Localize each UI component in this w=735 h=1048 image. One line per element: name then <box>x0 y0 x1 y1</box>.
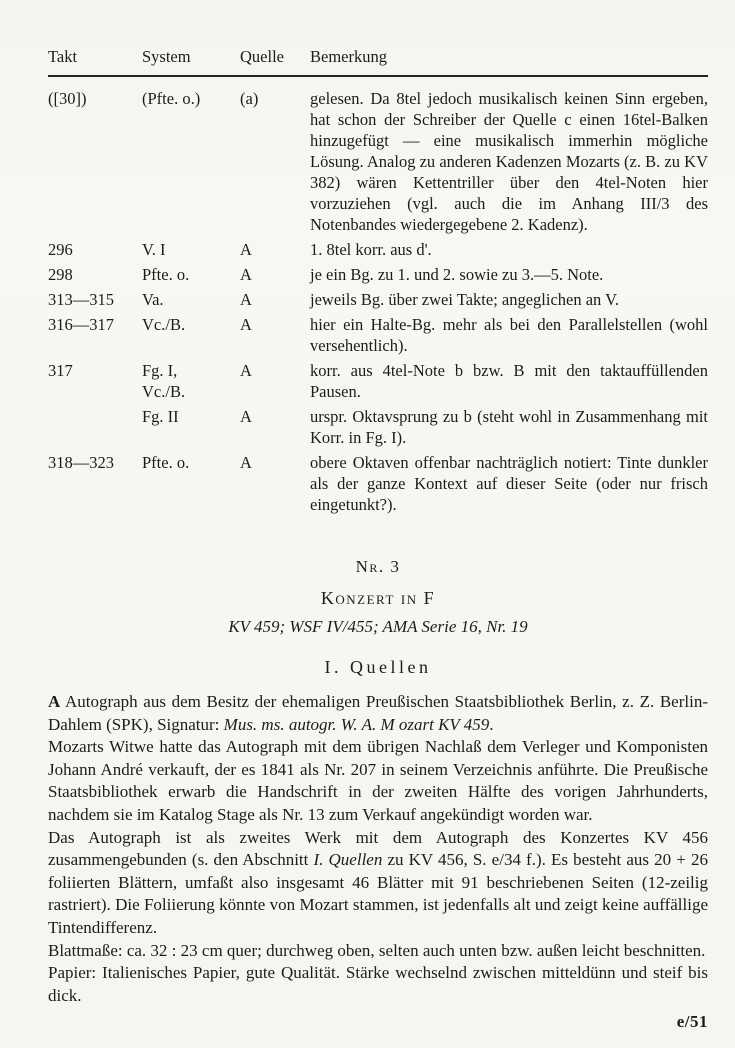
page-content: Takt System Quelle Bemerkung ([30]) (Pft… <box>48 46 708 1007</box>
column-header-system: System <box>142 46 240 67</box>
takt-cell: ([30]) <box>48 88 142 109</box>
quelle-cell: A <box>240 314 310 335</box>
bemerkung-cell: hier ein Halte-Bg. mehr als bei den Para… <box>310 314 708 356</box>
text-segment: Blattmaße: ca. 32 : 23 cm quer; durchweg… <box>48 941 705 960</box>
table-row: 317 Fg. I, Vc./B. A korr. aus 4tel-Note … <box>48 360 708 402</box>
section-heading-block: Nr. 3 Konzert in F KV 459; WSF IV/455; A… <box>48 557 708 678</box>
table-row: ([30]) (Pfte. o.) (a) gelesen. Da 8tel j… <box>48 88 708 235</box>
section-number: Nr. 3 <box>48 557 708 577</box>
text-segment: A <box>48 692 60 711</box>
takt-cell: 317 <box>48 360 142 381</box>
system-cell: Pfte. o. <box>142 452 240 473</box>
table-row: Fg. II A urspr. Oktavsprung zu b (steht … <box>48 406 708 448</box>
page-number: e/51 <box>677 1012 708 1032</box>
table-row: 318—323 Pfte. o. A obere Oktaven offenba… <box>48 452 708 515</box>
table-row: 298 Pfte. o. A je ein Bg. zu 1. und 2. s… <box>48 264 708 285</box>
column-header-takt: Takt <box>48 46 142 67</box>
column-header-quelle: Quelle <box>240 46 310 67</box>
quelle-cell: A <box>240 360 310 381</box>
system-cell: Pfte. o. <box>142 264 240 285</box>
paragraph: Das Autograph ist als zweites Werk mit d… <box>48 827 708 940</box>
quelle-cell: A <box>240 239 310 260</box>
takt-cell: 298 <box>48 264 142 285</box>
text-segment: Mozarts Witwe hatte das Autograph mit de… <box>48 737 708 824</box>
text-segment: . <box>489 715 493 734</box>
body-text: A Autograph aus dem Besitz der ehemalige… <box>48 691 708 1007</box>
table-row: 296 V. I A 1. 8tel korr. aus d'. <box>48 239 708 260</box>
paragraph: Papier: Italienisches Papier, gute Quali… <box>48 962 708 1007</box>
section-subtitle: KV 459; WSF IV/455; AMA Serie 16, Nr. 19 <box>48 617 708 637</box>
text-segment: Papier: Italienisches Papier, gute Quali… <box>48 963 708 1005</box>
bemerkung-cell: gelesen. Da 8tel jedoch musikalisch kein… <box>310 88 708 235</box>
text-segment: I. Quellen <box>314 850 383 869</box>
table-header-rule <box>48 75 708 77</box>
table-header-row: Takt System Quelle Bemerkung <box>48 46 708 75</box>
system-cell: Fg. II <box>142 406 240 427</box>
paragraph: A Autograph aus dem Besitz der ehemalige… <box>48 691 708 736</box>
takt-cell: 296 <box>48 239 142 260</box>
quelle-cell: A <box>240 406 310 427</box>
table-row: 316—317 Vc./B. A hier ein Halte-Bg. mehr… <box>48 314 708 356</box>
quelle-cell: (a) <box>240 88 310 109</box>
bemerkung-cell: jeweils Bg. über zwei Takte; angeglichen… <box>310 289 708 310</box>
system-cell: (Pfte. o.) <box>142 88 240 109</box>
quellen-heading: I. Quellen <box>48 657 708 678</box>
bemerkung-cell: obere Oktaven offenbar nachträglich noti… <box>310 452 708 515</box>
column-header-bemerkung: Bemerkung <box>310 46 708 67</box>
remarks-table: Takt System Quelle Bemerkung ([30]) (Pft… <box>48 46 708 515</box>
system-cell: Fg. I, Vc./B. <box>142 360 240 402</box>
bemerkung-cell: korr. aus 4tel-Note b bzw. B mit den tak… <box>310 360 708 402</box>
paragraph: Mozarts Witwe hatte das Autograph mit de… <box>48 736 708 826</box>
system-cell: Va. <box>142 289 240 310</box>
takt-cell: 318—323 <box>48 452 142 473</box>
bemerkung-cell: urspr. Oktavsprung zu b (steht wohl in Z… <box>310 406 708 448</box>
bemerkung-cell: 1. 8tel korr. aus d'. <box>310 239 708 260</box>
section-title: Konzert in F <box>48 588 708 609</box>
paragraph: Blattmaße: ca. 32 : 23 cm quer; durchweg… <box>48 940 708 963</box>
bemerkung-cell: je ein Bg. zu 1. und 2. sowie zu 3.—5. N… <box>310 264 708 285</box>
table-row: 313—315 Va. A jeweils Bg. über zwei Takt… <box>48 289 708 310</box>
system-cell: V. I <box>142 239 240 260</box>
text-segment: Mus. ms. autogr. W. A. M ozart KV 459 <box>224 715 490 734</box>
document-page: Takt System Quelle Bemerkung ([30]) (Pft… <box>0 0 735 1048</box>
system-cell: Vc./B. <box>142 314 240 335</box>
takt-cell: 313—315 <box>48 289 142 310</box>
quelle-cell: A <box>240 264 310 285</box>
takt-cell: 316—317 <box>48 314 142 335</box>
table-body: ([30]) (Pfte. o.) (a) gelesen. Da 8tel j… <box>48 88 708 515</box>
quelle-cell: A <box>240 289 310 310</box>
quelle-cell: A <box>240 452 310 473</box>
